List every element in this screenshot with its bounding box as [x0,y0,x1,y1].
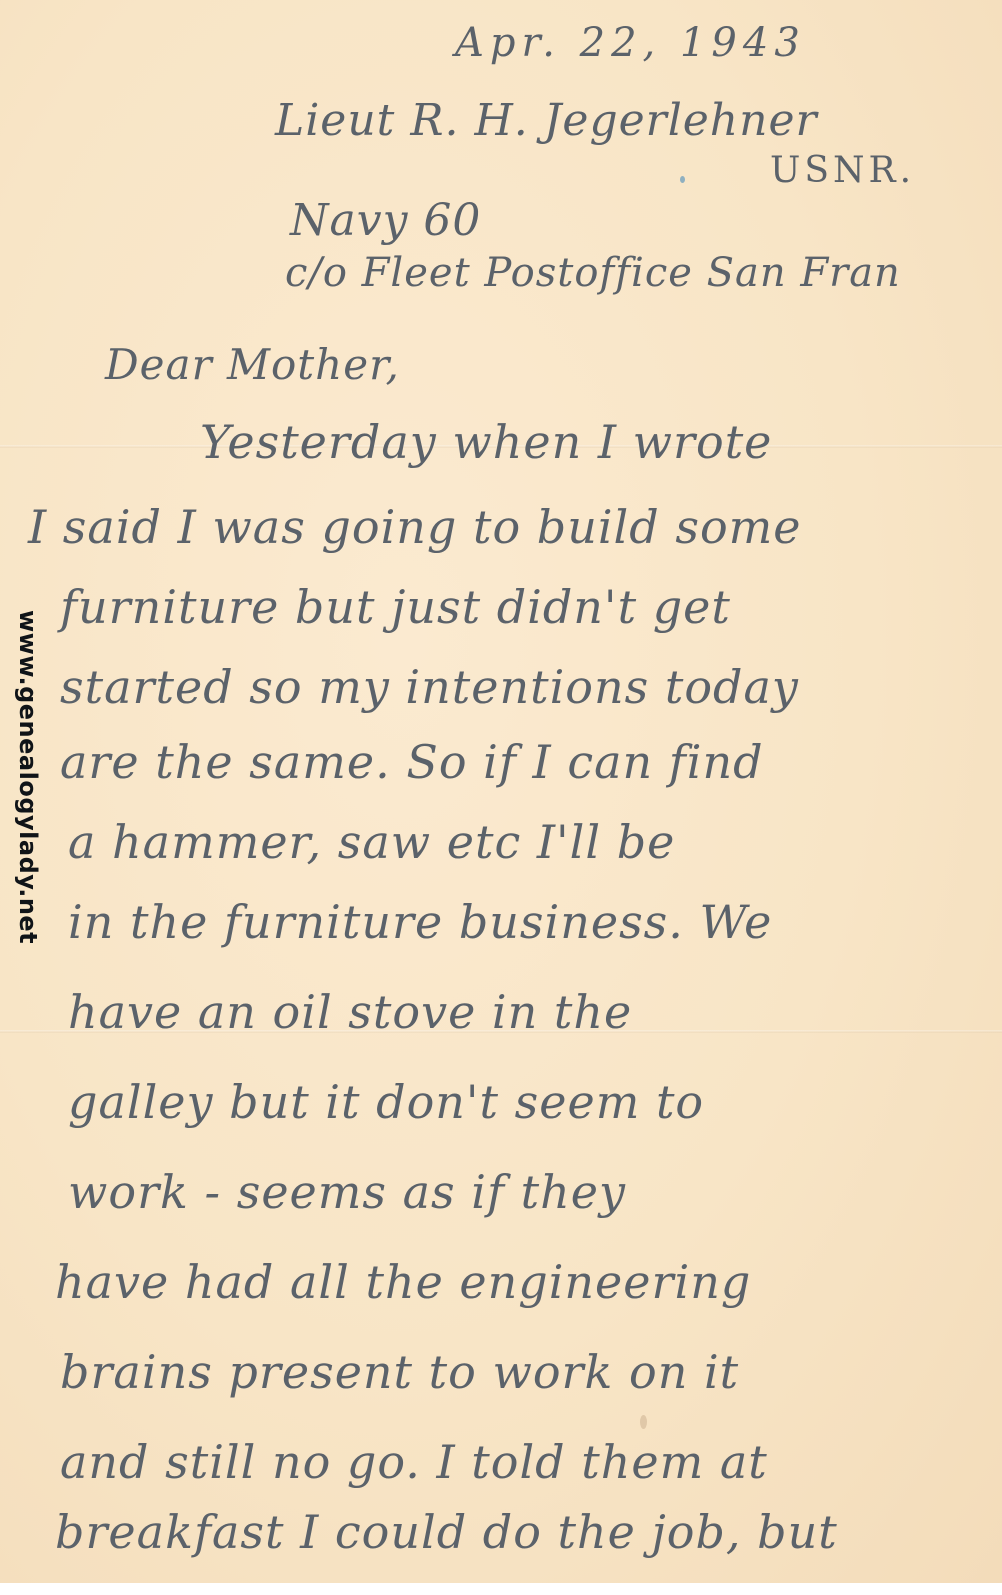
sender-name: Lieut R. H. Jegerlehner [275,95,818,146]
sender-service: USNR. [770,150,915,191]
body-line: started so my intentions today [60,660,799,714]
ink-speck [680,176,685,183]
body-line: a hammer, saw etc I'll be [68,815,675,869]
body-line: are the same. So if I can find [60,735,764,789]
letter-date: Apr. 22, 1943 [455,20,806,66]
body-line: have had all the engineering [55,1255,751,1309]
watermark-url: www.genealogylady.net [14,610,42,944]
body-line: Yesterday when I wrote [200,415,772,469]
body-line: brains present to work on it [60,1345,739,1399]
sender-unit: Navy 60 [290,195,481,246]
body-line: work - seems as if they [68,1165,626,1219]
salutation: Dear Mother, [105,340,400,389]
sender-address: c/o Fleet Postoffice San Fran [285,250,901,296]
body-line: breakfast I could do the job, but [55,1505,838,1559]
paper-stain [640,1415,647,1429]
letter-page: Apr. 22, 1943 Lieut R. H. Jegerlehner US… [0,0,1002,1583]
body-line: furniture but just didn't get [60,580,731,634]
body-line: galley but it don't seem to [68,1075,704,1129]
body-line: and still no go. I told them at [60,1435,768,1489]
body-line: I said I was going to build some [28,500,801,554]
body-line: have an oil stove in the [68,985,632,1039]
body-line: in the furniture business. We [68,895,772,949]
